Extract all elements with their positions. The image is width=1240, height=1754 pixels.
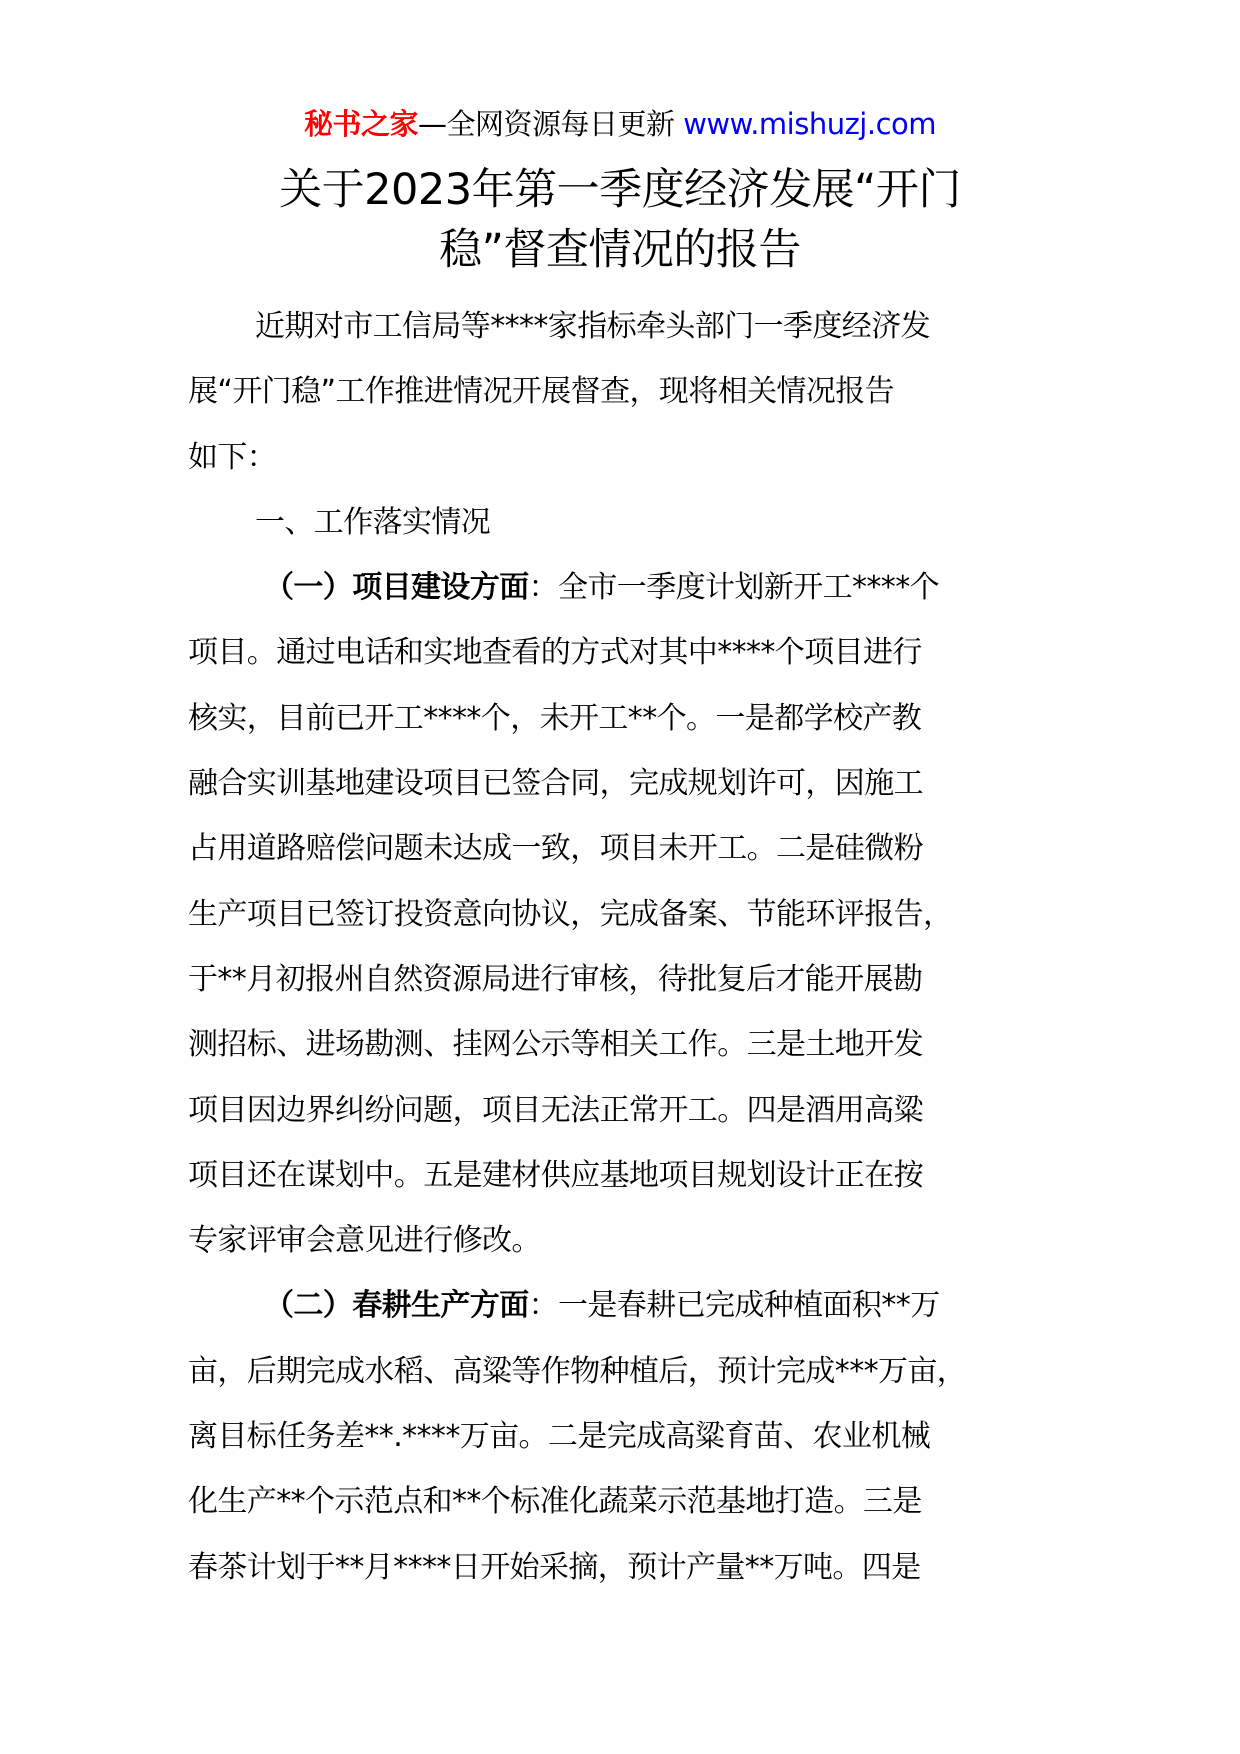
title-line-1: 关于2023年第一季度经济发展“开门 (200, 160, 1040, 220)
item-1-line: 项目还在谋划中。五是建材供应基地项目规划设计正在按 (188, 1143, 1036, 1208)
item-2-first-text: ：一是春耕已完成种植面积**万 (529, 1288, 940, 1323)
item-1-line: 核实，目前已开工****个，未开工**个。一是都学校产教 (188, 686, 1036, 751)
item-2-line: 离目标任务差**.****万亩。二是完成高粱育苗、农业机械 (188, 1404, 1036, 1469)
item-1-line: 项目因边界纠纷问题，项目无法正常开工。四是酒用高粱 (188, 1078, 1036, 1143)
item-2-line: 亩，后期完成水稻、高粱等作物种植后，预计完成***万亩， (188, 1339, 1036, 1404)
site-banner: 秘书之家—全网资源每日更新 www.mishuzj.com (0, 104, 1240, 144)
item-1-line: 生产项目已签订投资意向协议，完成备案、节能环评报告， (188, 882, 1036, 947)
item-2-line: 春茶计划于**月****日开始采摘，预计产量**万吨。四是 (188, 1535, 1036, 1600)
document-title: 关于2023年第一季度经济发展“开门 稳”督查情况的报告 (200, 160, 1040, 280)
title-line-2: 稳”督查情况的报告 (200, 220, 1040, 280)
item-1-line: 专家评审会意见进行修改。 (188, 1208, 1036, 1273)
item-1-line: 融合实训基地建设项目已签合同，完成规划许可，因施工 (188, 751, 1036, 816)
item-1-line: 于**月初报州自然资源局进行审核，待批复后才能开展勘 (188, 947, 1036, 1012)
banner-tagline: —全网资源每日更新 (418, 107, 675, 141)
section-heading: 一、工作落实情况 (188, 490, 1036, 555)
intro-line: 如下： (188, 425, 1036, 490)
item-1-line: 占用道路赔偿问题未达成一致，项目未开工。二是硅微粉 (188, 816, 1036, 881)
banner-brand: 秘书之家 (304, 107, 418, 141)
item-1-line: 项目。通过电话和实地查看的方式对其中****个项目进行 (188, 620, 1036, 685)
banner-url-link[interactable]: www.mishuzj.com (683, 107, 936, 141)
item-1-line: 测招标、进场勘测、挂网公示等相关工作。三是土地开发 (188, 1012, 1036, 1077)
item-1-label: （一）项目建设方面 (264, 570, 529, 605)
document-body: 近期对市工信局等****家指标牵头部门一季度经济发 展“开门稳”工作推进情况开展… (188, 294, 1036, 1600)
item-2-label: （二）春耕生产方面 (264, 1288, 529, 1323)
document-page: 秘书之家—全网资源每日更新 www.mishuzj.com 关于2023年第一季… (0, 0, 1240, 1754)
item-1-first-line: （一）项目建设方面：全市一季度计划新开工****个 (188, 555, 1036, 620)
intro-line: 展“开门稳”工作推进情况开展督查，现将相关情况报告 (188, 359, 1036, 424)
item-2-line: 化生产**个示范点和**个标准化蔬菜示范基地打造。三是 (188, 1469, 1036, 1534)
item-1-first-text: ：全市一季度计划新开工****个 (529, 570, 939, 605)
item-2-first-line: （二）春耕生产方面：一是春耕已完成种植面积**万 (188, 1273, 1036, 1338)
intro-line: 近期对市工信局等****家指标牵头部门一季度经济发 (188, 294, 1036, 359)
